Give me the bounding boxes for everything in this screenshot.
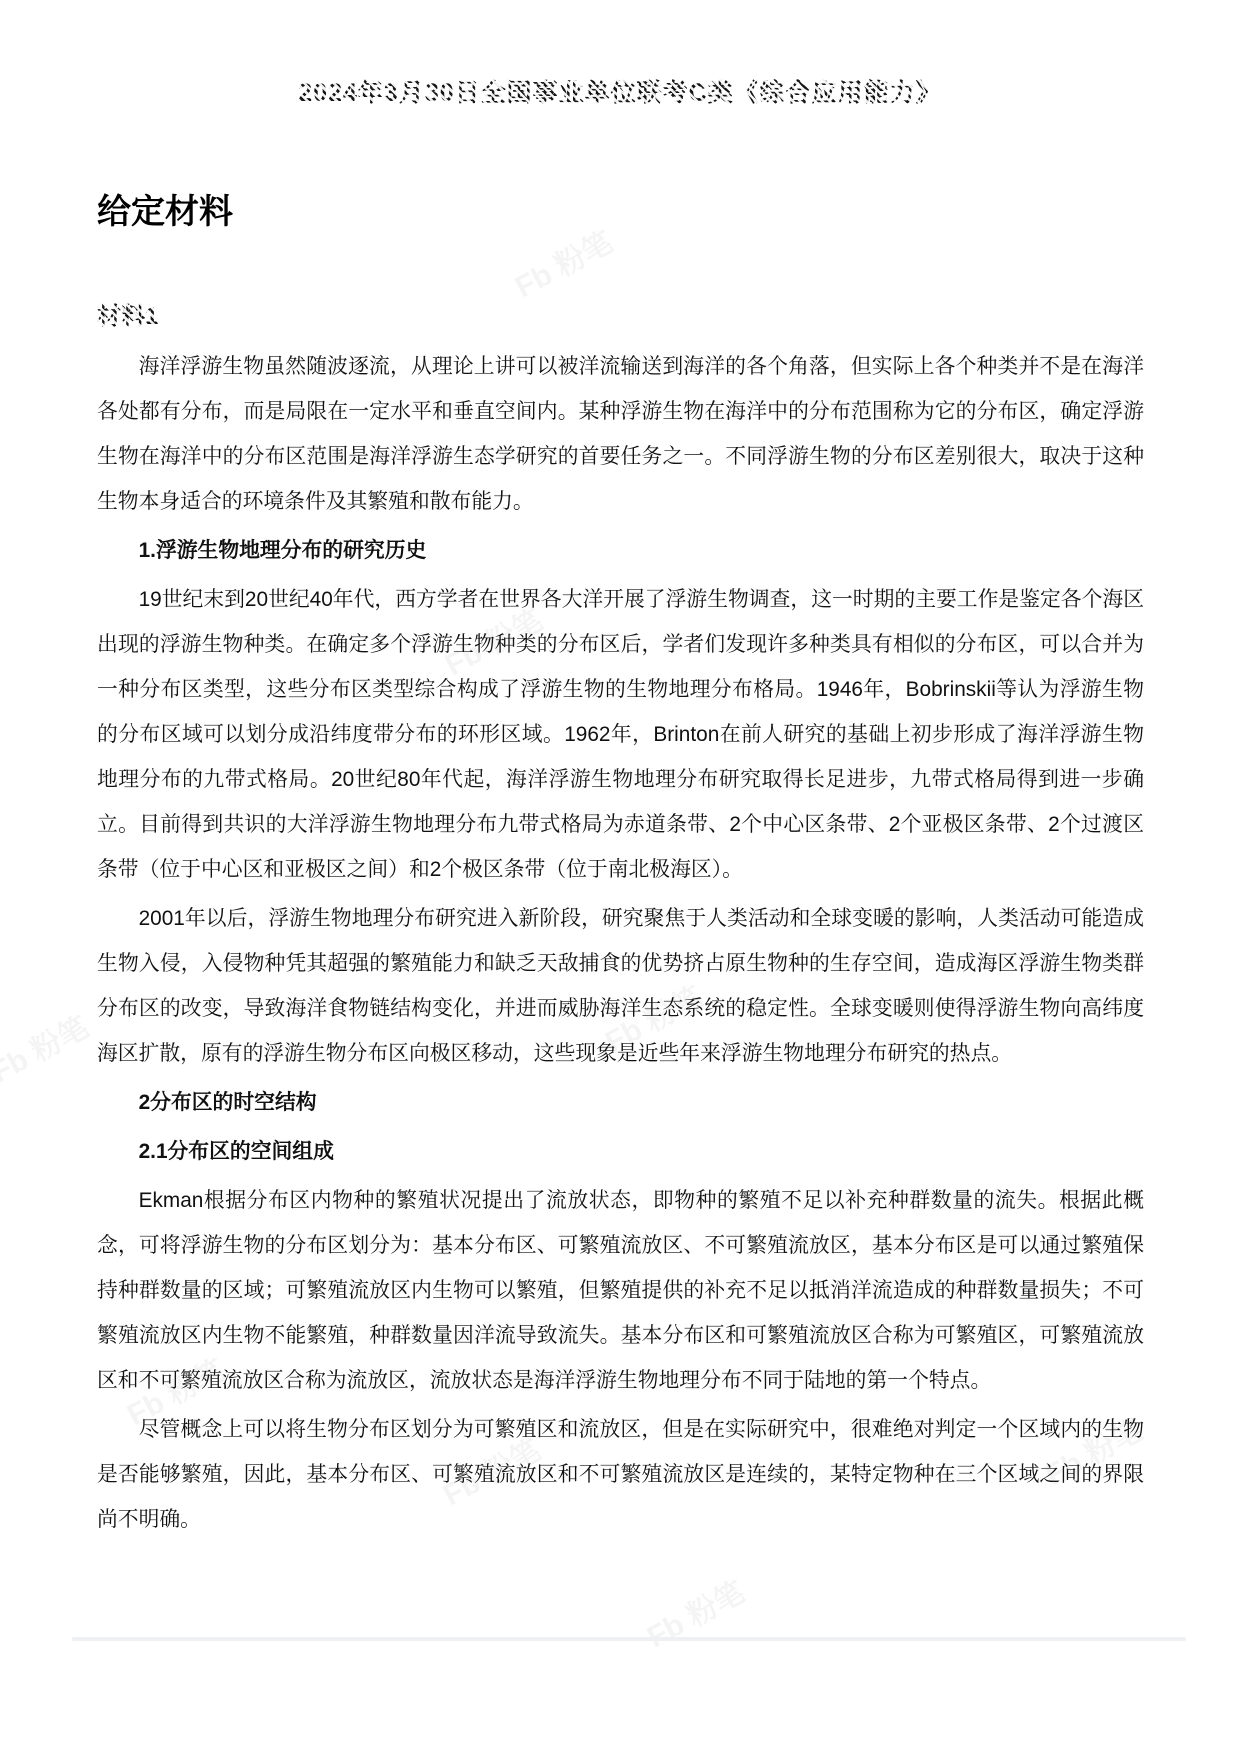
- divider-line: [72, 1637, 1186, 1641]
- paragraph: Ekman根据分布区内物种的繁殖状况提出了流放状态，即物种的繁殖不足以补充种群数…: [97, 1178, 1144, 1403]
- watermark: Fb 粉笔: [0, 1003, 95, 1091]
- sub-heading: 2分布区的时空结构: [97, 1080, 1144, 1125]
- doc-title: 2024年3月30日全国事业单位联考C类《综合应用能力》: [0, 0, 1240, 108]
- paragraph: 尽管概念上可以将生物分布区划分为可繁殖区和流放区，但是在实际研究中，很难绝对判定…: [97, 1407, 1144, 1542]
- paragraph: 2001年以后，浮游生物地理分布研究进入新阶段，研究聚焦于人类活动和全球变暖的影…: [97, 896, 1144, 1076]
- paragraph: 海洋浮游生物虽然随波逐流，从理论上讲可以被洋流输送到海洋的各个角落，但实际上各个…: [97, 344, 1144, 524]
- document-page: Fb 粉笔 Fb 粉笔 Fb 粉笔 Fb 粉笔 Fb 粉笔 Fb 粉笔 Fb 粉…: [0, 0, 1240, 1754]
- paragraph: 19世纪末到20世纪40年代，西方学者在世界各大洋开展了浮游生物调查，这一时期的…: [97, 577, 1144, 892]
- material-body: 海洋浮游生物虽然随波逐流，从理论上讲可以被洋流输送到海洋的各个角落，但实际上各个…: [97, 344, 1144, 1542]
- section-heading: 给定材料: [97, 192, 1240, 233]
- material-label: 材料1: [97, 303, 1240, 332]
- watermark: Fb 粉笔: [638, 1568, 751, 1656]
- sub-heading: 1.浮游生物地理分布的研究历史: [97, 528, 1144, 573]
- sub-heading: 2.1分布区的空间组成: [97, 1129, 1144, 1174]
